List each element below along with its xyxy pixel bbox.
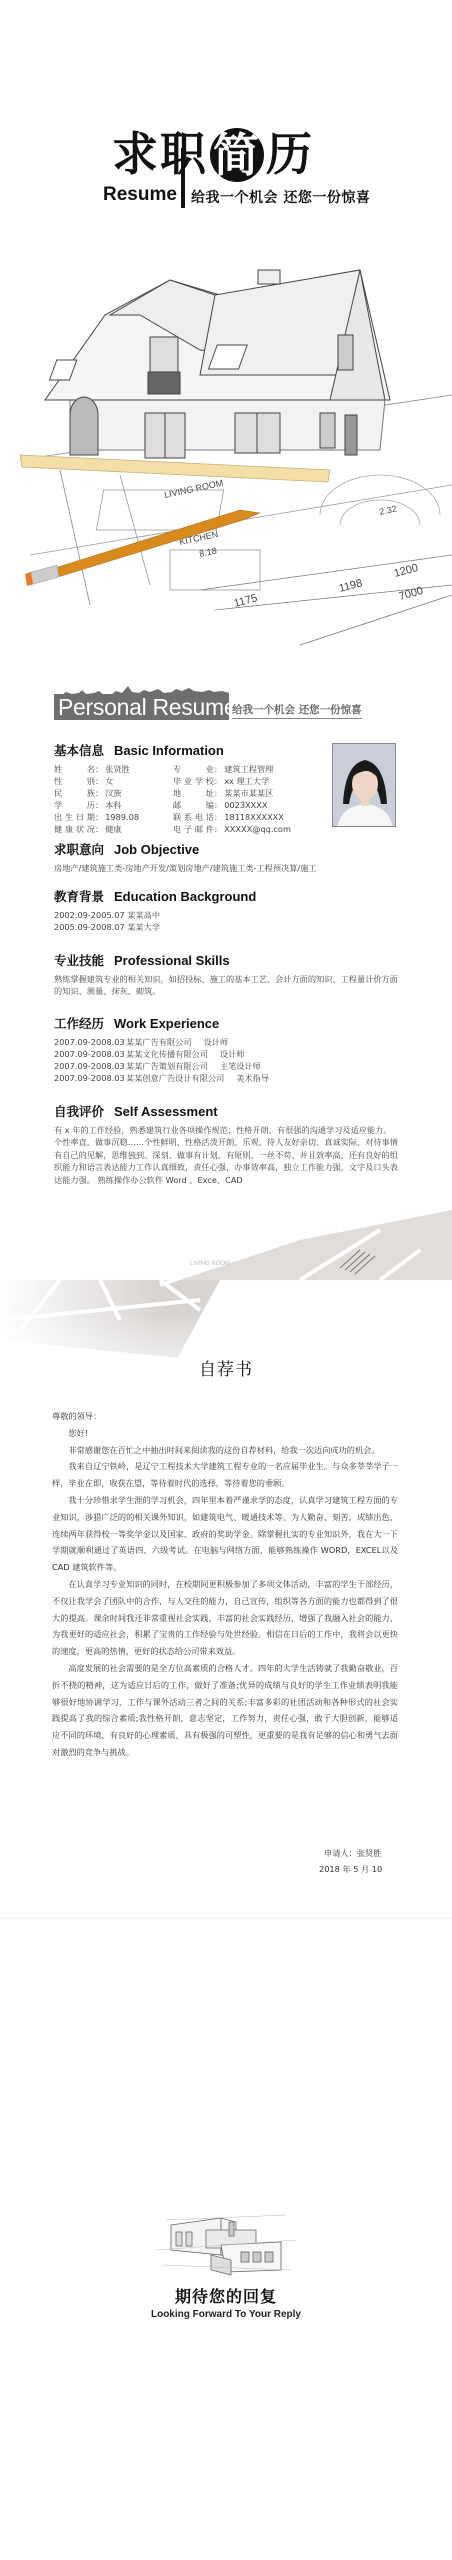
title-divider — [181, 148, 185, 208]
section-heading: 工作经历Work Experience — [54, 1014, 414, 1032]
field-phone: 联系电话：18118XXXXXX — [173, 811, 291, 823]
ruler-icon — [20, 455, 330, 482]
banner-label: Personal Resume — [54, 694, 229, 720]
title-circle-char: 简 — [210, 128, 264, 182]
house-blueprint-illustration: LIVING ROOM KITCHEN 8.18 2.32 1175 1198 … — [0, 255, 452, 675]
cover-letter-body: 尊敬的领导： 您好! 非常感谢您在百忙之中抽出时间来阅读我的这份自荐材料，给我一… — [52, 1408, 398, 1761]
resume-word: Resume — [103, 184, 177, 206]
letter-paragraph: 非常感谢您在百忙之中抽出时间来阅读我的这份自荐材料，给我一次迈向成功的机会。 — [52, 1442, 398, 1459]
field-major: 专业：建筑工程管理 — [173, 763, 291, 775]
section-heading: 教育背景Education Background — [54, 887, 414, 905]
section-skills: 专业技能Professional Skills 熟练掌握建筑专业的相关知识，如招… — [54, 951, 414, 998]
section-education: 教育背景Education Background 2002.09-2005.07… — [54, 887, 414, 933]
work-item: 2007.09-2008.03某某广告策划有限公司主笔设计师 — [54, 1060, 414, 1072]
avatar — [332, 743, 396, 827]
banner-tagline: 给我一个机会 还您一份惊喜 — [232, 702, 362, 719]
field-health: 健康状况：健康 — [54, 823, 139, 835]
field-ethnicity: 民族：汉族 — [54, 787, 139, 799]
svg-text:LIVING ROOM: LIVING ROOM — [163, 478, 224, 500]
pencil-icon — [55, 510, 260, 577]
svg-text:1198: 1198 — [338, 577, 364, 595]
modern-building-icon — [151, 2210, 301, 2280]
field-school: 毕业学校：xx 理工大学 — [173, 775, 291, 787]
svg-text:1175: 1175 — [233, 592, 259, 610]
letter-greeting: 您好! — [52, 1425, 398, 1442]
letter-paragraph: 我来自辽宁铁岭，是辽宁工程技术大学建筑工程专业的一名应届毕业生。与众多莘莘学子一… — [52, 1458, 398, 1492]
svg-text:1200: 1200 — [393, 562, 420, 580]
work-item: 2007.09-2008.03某某创意广告设计有限公司美术指导 — [54, 1072, 414, 1084]
personal-resume-banner: Personal Resume 给我一个机会 还您一份惊喜 — [54, 682, 384, 720]
section-heading: 自我评价Self Assessment — [54, 1102, 414, 1120]
letter-paragraph: 在认真学习专业知识的同时，在校期间更积极参加了多项文体活动，丰富的学生干部经历，… — [52, 1576, 398, 1660]
svg-text:8.18: 8.18 — [198, 546, 217, 559]
letter-salutation: 尊敬的领导： — [52, 1408, 398, 1425]
cover-title-text: 求职简历 — [112, 128, 314, 182]
section-heading: 专业技能Professional Skills — [54, 951, 414, 969]
section-heading: 求职意向Job Objective — [54, 840, 414, 858]
cover-title: 求职简历 Resume 给我一个机会 还您一份惊喜 — [100, 128, 370, 213]
letter-signature: 申请人：张贤胜 2018 年 5 月 10 — [324, 1845, 382, 1877]
section-job-objective: 求职意向Job Objective 房地产/建筑施工类-房地产开发/策划房地产/… — [54, 840, 414, 874]
title-suffix: 历 — [266, 127, 314, 181]
letter-paragraph: 我十分珍惜求学生涯的学习机会，四年里本着严谨求学的态度，认真学习建筑工程方面的专… — [52, 1492, 398, 1576]
field-postcode: 邮编：0023XXXX — [173, 799, 291, 811]
page-divider — [0, 1918, 452, 1919]
job-objective-text: 房地产/建筑施工类-房地产开发/策划房地产/建筑施工类-工程预决算/施工 — [54, 862, 414, 874]
field-email: 电子邮件：XXXXX@qq.com — [173, 823, 291, 835]
letter-title: 自荐书 — [0, 1355, 452, 1380]
field-gender: 性别：女 — [54, 775, 139, 787]
self-assessment-text: 有 x 年的工作经验，熟悉建筑行业各项操作规范；性格开朗、有很强的沟通学习及适应… — [54, 1124, 399, 1186]
field-birth-date: 出生日期：1989.08 — [54, 811, 139, 823]
applicant-name: 申请人：张贤胜 — [324, 1845, 382, 1861]
svg-text:2.32: 2.32 — [378, 504, 397, 517]
basic-info-left: 姓名：张贤胜 性别：女 民族：汉族 学历：本科 出生日期：1989.08 健康状… — [54, 763, 139, 835]
closing-title-en: Looking Forward To Your Reply — [0, 2309, 452, 2320]
field-name: 姓名：张贤胜 — [54, 763, 139, 775]
letter-date: 2018 年 5 月 10 — [319, 1861, 382, 1877]
work-item: 2007.09-2008.03某某广告有限公司设计师 — [54, 1036, 414, 1048]
field-address: 地址：某某市某某区 — [173, 787, 291, 799]
field-education-level: 学历：本科 — [54, 799, 139, 811]
education-item: 2002.09-2005.07 某某高中 — [54, 909, 414, 921]
closing-title-cn: 期待您的回复 — [0, 2284, 452, 2307]
svg-text:7000: 7000 — [398, 585, 425, 603]
letter-paragraph: 高度发展的社会需要的是全方位高素质的合格人才。四年的大学生活铸就了我勤奋敬业，百… — [52, 1660, 398, 1761]
basic-info-right: 专业：建筑工程管理 毕业学校：xx 理工大学 地址：某某市某某区 邮编：0023… — [173, 763, 291, 835]
education-item: 2005.09-2008.07 某某大学 — [54, 921, 414, 933]
work-item: 2007.09-2008.03某某文化传播有限公司设计师 — [54, 1048, 414, 1060]
section-work: 工作经历Work Experience 2007.09-2008.03某某广告有… — [54, 1014, 414, 1084]
id-photo-icon — [333, 744, 396, 827]
title-prefix: 求职 — [112, 127, 208, 181]
skills-text: 熟练掌握建筑专业的相关知识，如招投标、施工的基本工艺、会计方面的知识、工程量计价… — [54, 973, 399, 998]
closing-section: 期待您的回复 Looking Forward To Your Reply — [0, 2210, 452, 2320]
cover-slogan: 给我一个机会 还您一份惊喜 — [191, 187, 370, 207]
section-self-assessment: 自我评价Self Assessment 有 x 年的工作经验，熟悉建筑行业各项操… — [54, 1102, 414, 1186]
